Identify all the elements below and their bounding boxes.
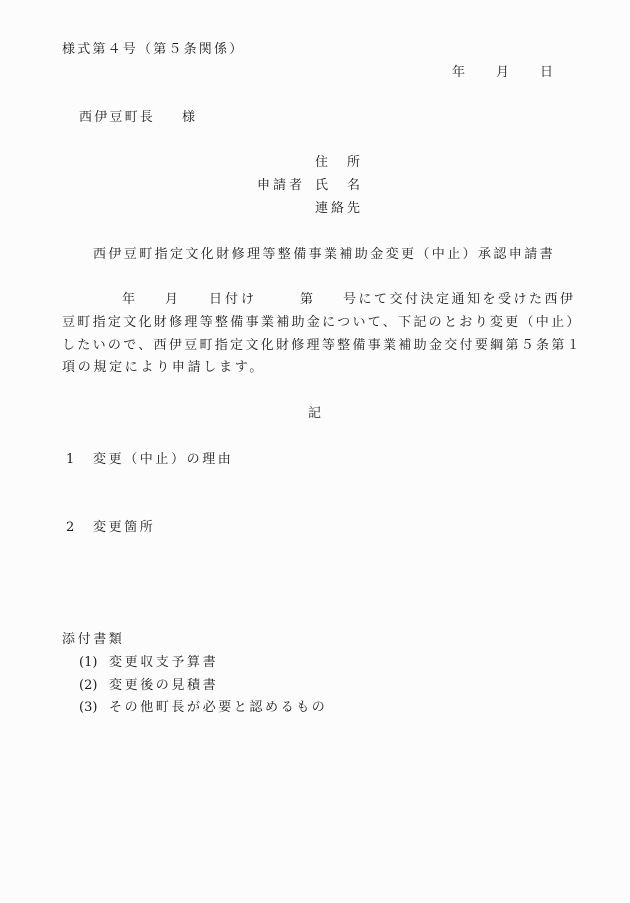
item-number: 2 <box>66 520 74 536</box>
addressee-honorific: 様 <box>182 110 195 126</box>
date-day-label: 日 <box>540 65 553 81</box>
attachments-heading: 添付書類 <box>62 632 124 648</box>
attachment-number: (1) <box>79 655 97 671</box>
document-title: 西伊豆町指定文化財修理等整備事業補助金変更（中止）承認申請書 <box>93 247 555 263</box>
body-line-4: 項の規定により申請します。 <box>62 360 265 376</box>
attachment-label: 変更後の見積書 <box>109 678 218 694</box>
date-month-label: 月 <box>496 65 509 81</box>
note-heading: 記 <box>308 406 321 422</box>
body-line-1: 号にて交付決定通知を受けた西伊 <box>343 292 576 308</box>
attachment-number: (2) <box>79 678 97 694</box>
item-label: 変更（中止）の理由 <box>93 452 233 468</box>
attachment-number: (3) <box>79 700 97 716</box>
addressee-name: 西伊豆町長 <box>79 110 155 126</box>
date-year-label: 年 <box>452 65 465 81</box>
attachment-label: その他町長が必要と認めるもの <box>109 700 327 716</box>
item-label: 変更箇所 <box>93 520 155 536</box>
body-year-label: 年 <box>122 292 135 308</box>
body-month-label: 月 <box>165 292 178 308</box>
form-number: 様式第４号（第５条関係） <box>62 42 244 58</box>
applicant-label: 申請者 <box>257 178 305 194</box>
body-number-label: 第 <box>300 292 313 308</box>
contact-label: 連絡先 <box>315 201 363 217</box>
item-number: 1 <box>66 452 74 468</box>
name-label: 氏 名 <box>315 178 363 194</box>
body-line-3: したいので、西伊豆町指定文化財修理等整備事業補助金交付要綱第５条第１ <box>62 338 582 354</box>
address-label: 住 所 <box>315 155 363 171</box>
body-line-2: 豆町指定文化財修理等整備事業補助金について、下記のとおり変更（中止） <box>62 315 582 331</box>
body-day-label: 日付け <box>209 292 257 308</box>
attachment-label: 変更収支予算書 <box>109 655 218 671</box>
